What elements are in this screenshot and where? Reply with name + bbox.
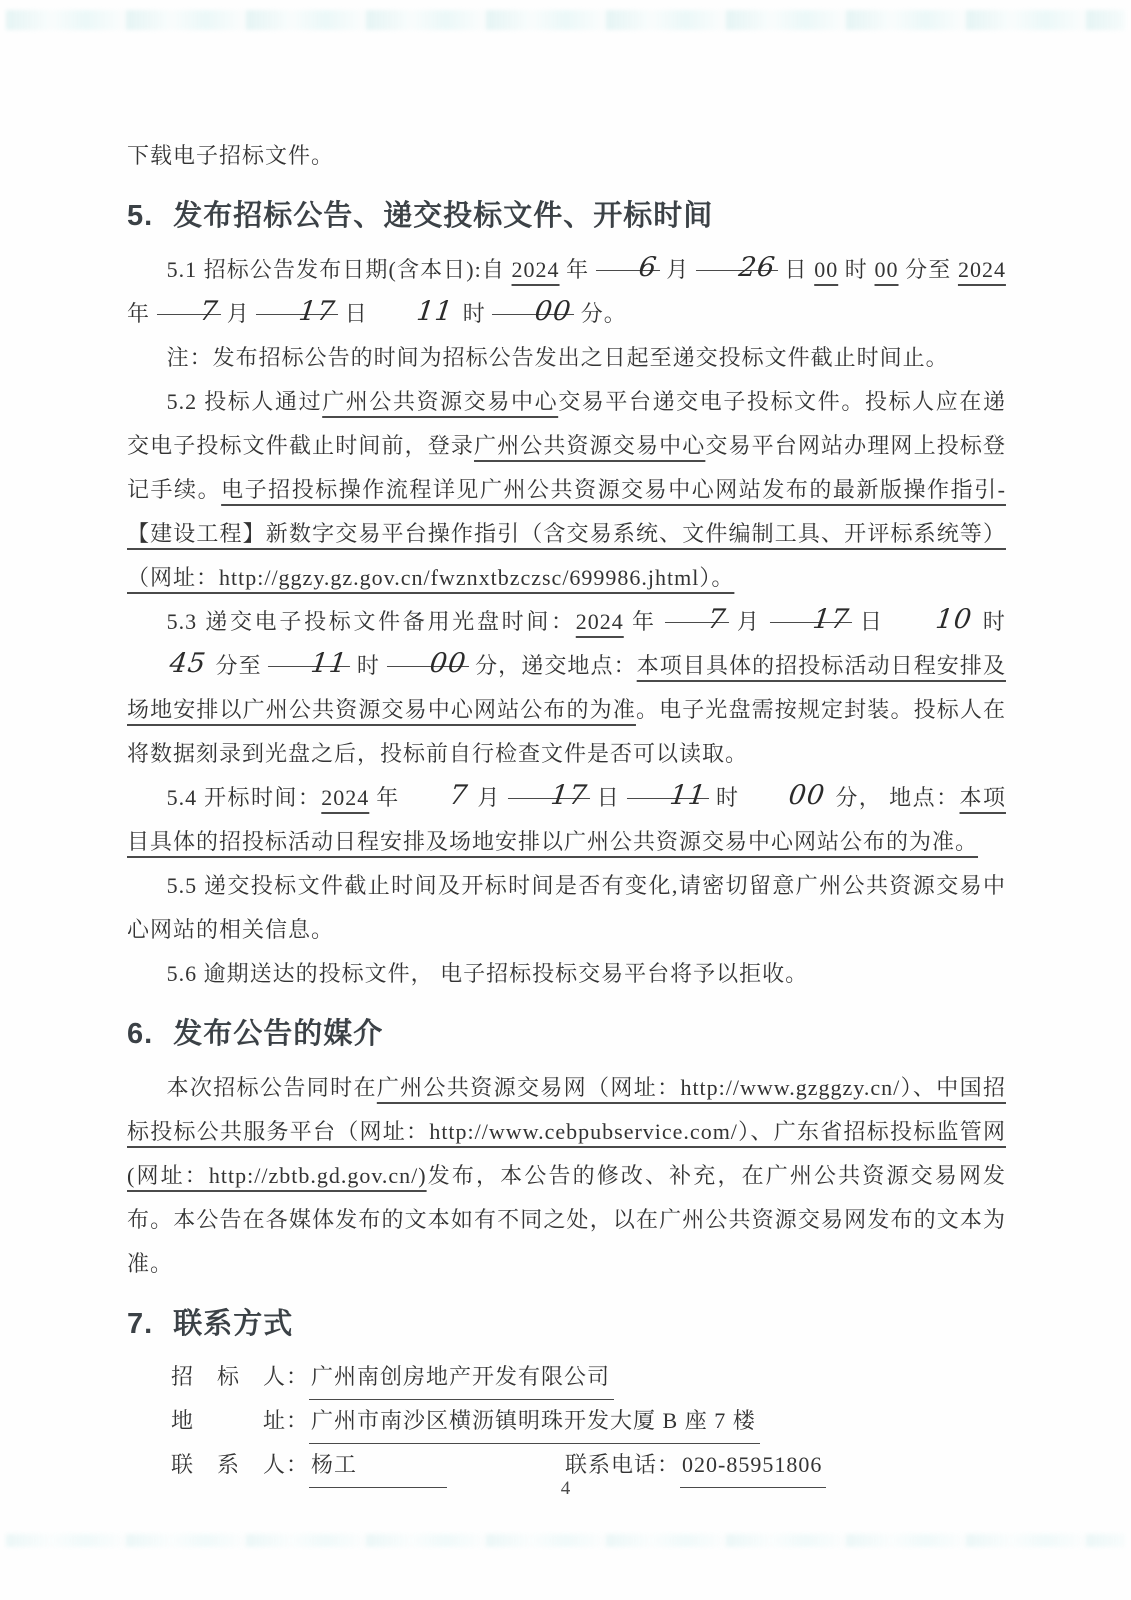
section-6-heading: 6. 发布公告的媒介 — [127, 1013, 1006, 1055]
paragraph-5-4: 5.4 开标时间：2024 年 7 月 17 日 11 时 00 分， 地点：本… — [127, 776, 1006, 864]
handwritten-value: 17 — [508, 796, 590, 799]
paragraph-5-2: 5.2 投标人通过广州公共资源交易中心交易平台递交电子投标文件。投标人应在递交电… — [127, 380, 1006, 600]
text-segment: 日 — [778, 257, 814, 282]
handwritten-value: 11 — [627, 796, 709, 799]
text-segment: 月 — [470, 785, 507, 810]
text-segment: 年 — [369, 785, 406, 810]
text-segment: 时 — [975, 609, 1006, 634]
paragraph-5-6: 5.6 逾期送达的投标文件， 电子招标投标交易平台将予以拒收。 — [127, 952, 1006, 996]
handwritten-value: 00 — [492, 312, 574, 315]
text-segment: 广州公共资源交易中心 — [474, 433, 705, 458]
contact-row-tenderer: 招 标 人：广州南创房地产开发有限公司 — [127, 1356, 1006, 1400]
address-label: 地 址： — [171, 1400, 309, 1442]
text-segment: 分至 — [899, 257, 958, 282]
section-6-title: 发布公告的媒介 — [173, 1013, 383, 1055]
text-segment: 年 — [560, 257, 596, 282]
text-segment: 月 — [660, 257, 696, 282]
section-6-number: 6. — [127, 1013, 153, 1055]
text-segment: 日 — [338, 301, 374, 326]
text-segment: 本次招标公告同时在 — [167, 1075, 377, 1100]
handwritten-value: 17 — [256, 312, 338, 315]
paragraph-5-3: 5.3 递交电子投标文件备用光盘时间：2024 年 7 月 17 日 10 时 … — [127, 600, 1006, 776]
text-segment: 时 — [350, 653, 386, 678]
scan-artifact-top — [6, 10, 1125, 30]
text-segment: 分， 地点： — [828, 785, 959, 810]
section-5-title: 发布招标公告、递交投标文件、开标时间 — [173, 195, 713, 237]
text-segment: 时 — [838, 257, 874, 282]
text-segment: 分至 — [209, 653, 268, 678]
handwritten-value: 00 — [386, 664, 468, 667]
address-value: 广州市南沙区横沥镇明珠开发大厦 B 座 7 楼 — [309, 1400, 760, 1444]
text-segment: 注：发布招标公告的时间为招标公告发出之日起至递交投标文件截止时间止。 — [167, 345, 949, 370]
document-page: 下载电子招标文件。 5. 发布招标公告、递交投标文件、开标时间 5.1 招标公告… — [0, 0, 1131, 1600]
section-5-number: 5. — [127, 195, 153, 237]
intro-paragraph: 下载电子招标文件。 — [127, 134, 1006, 178]
text-segment: 00 — [814, 257, 838, 282]
text-segment: 2024 — [958, 257, 1006, 282]
section-7-number: 7. — [127, 1303, 153, 1345]
text-segment: 00 — [875, 257, 899, 282]
handwritten-value: 26 — [696, 268, 778, 271]
text-segment: 月 — [220, 301, 256, 326]
text-segment: 分。 — [574, 301, 627, 326]
section-5-heading: 5. 发布招标公告、递交投标文件、开标时间 — [127, 195, 1006, 237]
paragraph-5-1: 5.1 招标公告发布日期(含本日):自 2024 年 6 月 26 日 00 时… — [127, 248, 1006, 336]
text-segment: 5.2 投标人通过 — [167, 389, 323, 414]
paragraph-5-5: 5.5 递交投标文件截止时间及开标时间是否有变化,请密切留意广州公共资源交易中心… — [127, 864, 1006, 952]
handwritten-value: 7 — [665, 620, 729, 623]
scan-artifact-bottom — [6, 1534, 1125, 1547]
tenderer-value: 广州南创房地产开发有限公司 — [309, 1356, 614, 1400]
page-content: 下载电子招标文件。 5. 发布招标公告、递交投标文件、开标时间 5.1 招标公告… — [127, 134, 1006, 1488]
handwritten-value: 7 — [156, 312, 220, 315]
text-segment: 年 — [127, 301, 157, 326]
page-number: 4 — [0, 1478, 1131, 1500]
paragraph-5-note: 注：发布招标公告的时间为招标公告发出之日起至递交投标文件截止时间止。 — [127, 336, 1006, 380]
handwritten-value: 17 — [770, 620, 852, 623]
text-segment: 2024 — [512, 257, 560, 282]
text-segment: 5.5 递交投标文件截止时间及开标时间是否有变化,请密切留意广州公共资源交易中心… — [127, 873, 1006, 942]
handwritten-value: 6 — [596, 268, 660, 271]
text-segment: 5.6 逾期送达的投标文件， 电子招标投标交易平台将予以拒收。 — [167, 961, 809, 986]
text-segment: 时 — [456, 301, 492, 326]
text-segment: 月 — [729, 609, 770, 634]
section-7-title: 联系方式 — [173, 1303, 293, 1345]
text-segment: 年 — [624, 609, 665, 634]
text-segment: 广州公共资源交易中心 — [322, 389, 558, 414]
tenderer-label: 招 标 人： — [171, 1356, 309, 1398]
text-segment: 下载电子招标文件。 — [127, 143, 334, 168]
text-segment: 2024 — [576, 609, 624, 634]
text-segment: 5.3 递交电子投标文件备用光盘时间： — [167, 609, 576, 634]
text-segment: 2024 — [321, 785, 369, 810]
text-segment: 日 — [590, 785, 627, 810]
text-segment: 分，递交地点： — [468, 653, 636, 678]
contact-row-address: 地 址：广州市南沙区横沥镇明珠开发大厦 B 座 7 楼 — [127, 1400, 1006, 1444]
text-segment: 电子招投标操作流程详见广州公共资源交易中心网站发布的最新版操作指引-【建设工程】… — [127, 477, 1006, 590]
section-7-heading: 7. 联系方式 — [127, 1303, 1006, 1345]
text-segment: 日 — [852, 609, 893, 634]
text-segment: 时 — [709, 785, 746, 810]
text-segment: 5.1 招标公告发布日期(含本日):自 — [167, 257, 512, 282]
paragraph-6-1: 本次招标公告同时在广州公共资源交易网（网址：http://www.gzggzy.… — [127, 1066, 1006, 1286]
text-segment: 5.4 开标时间： — [167, 785, 322, 810]
handwritten-value: 11 — [268, 664, 350, 667]
